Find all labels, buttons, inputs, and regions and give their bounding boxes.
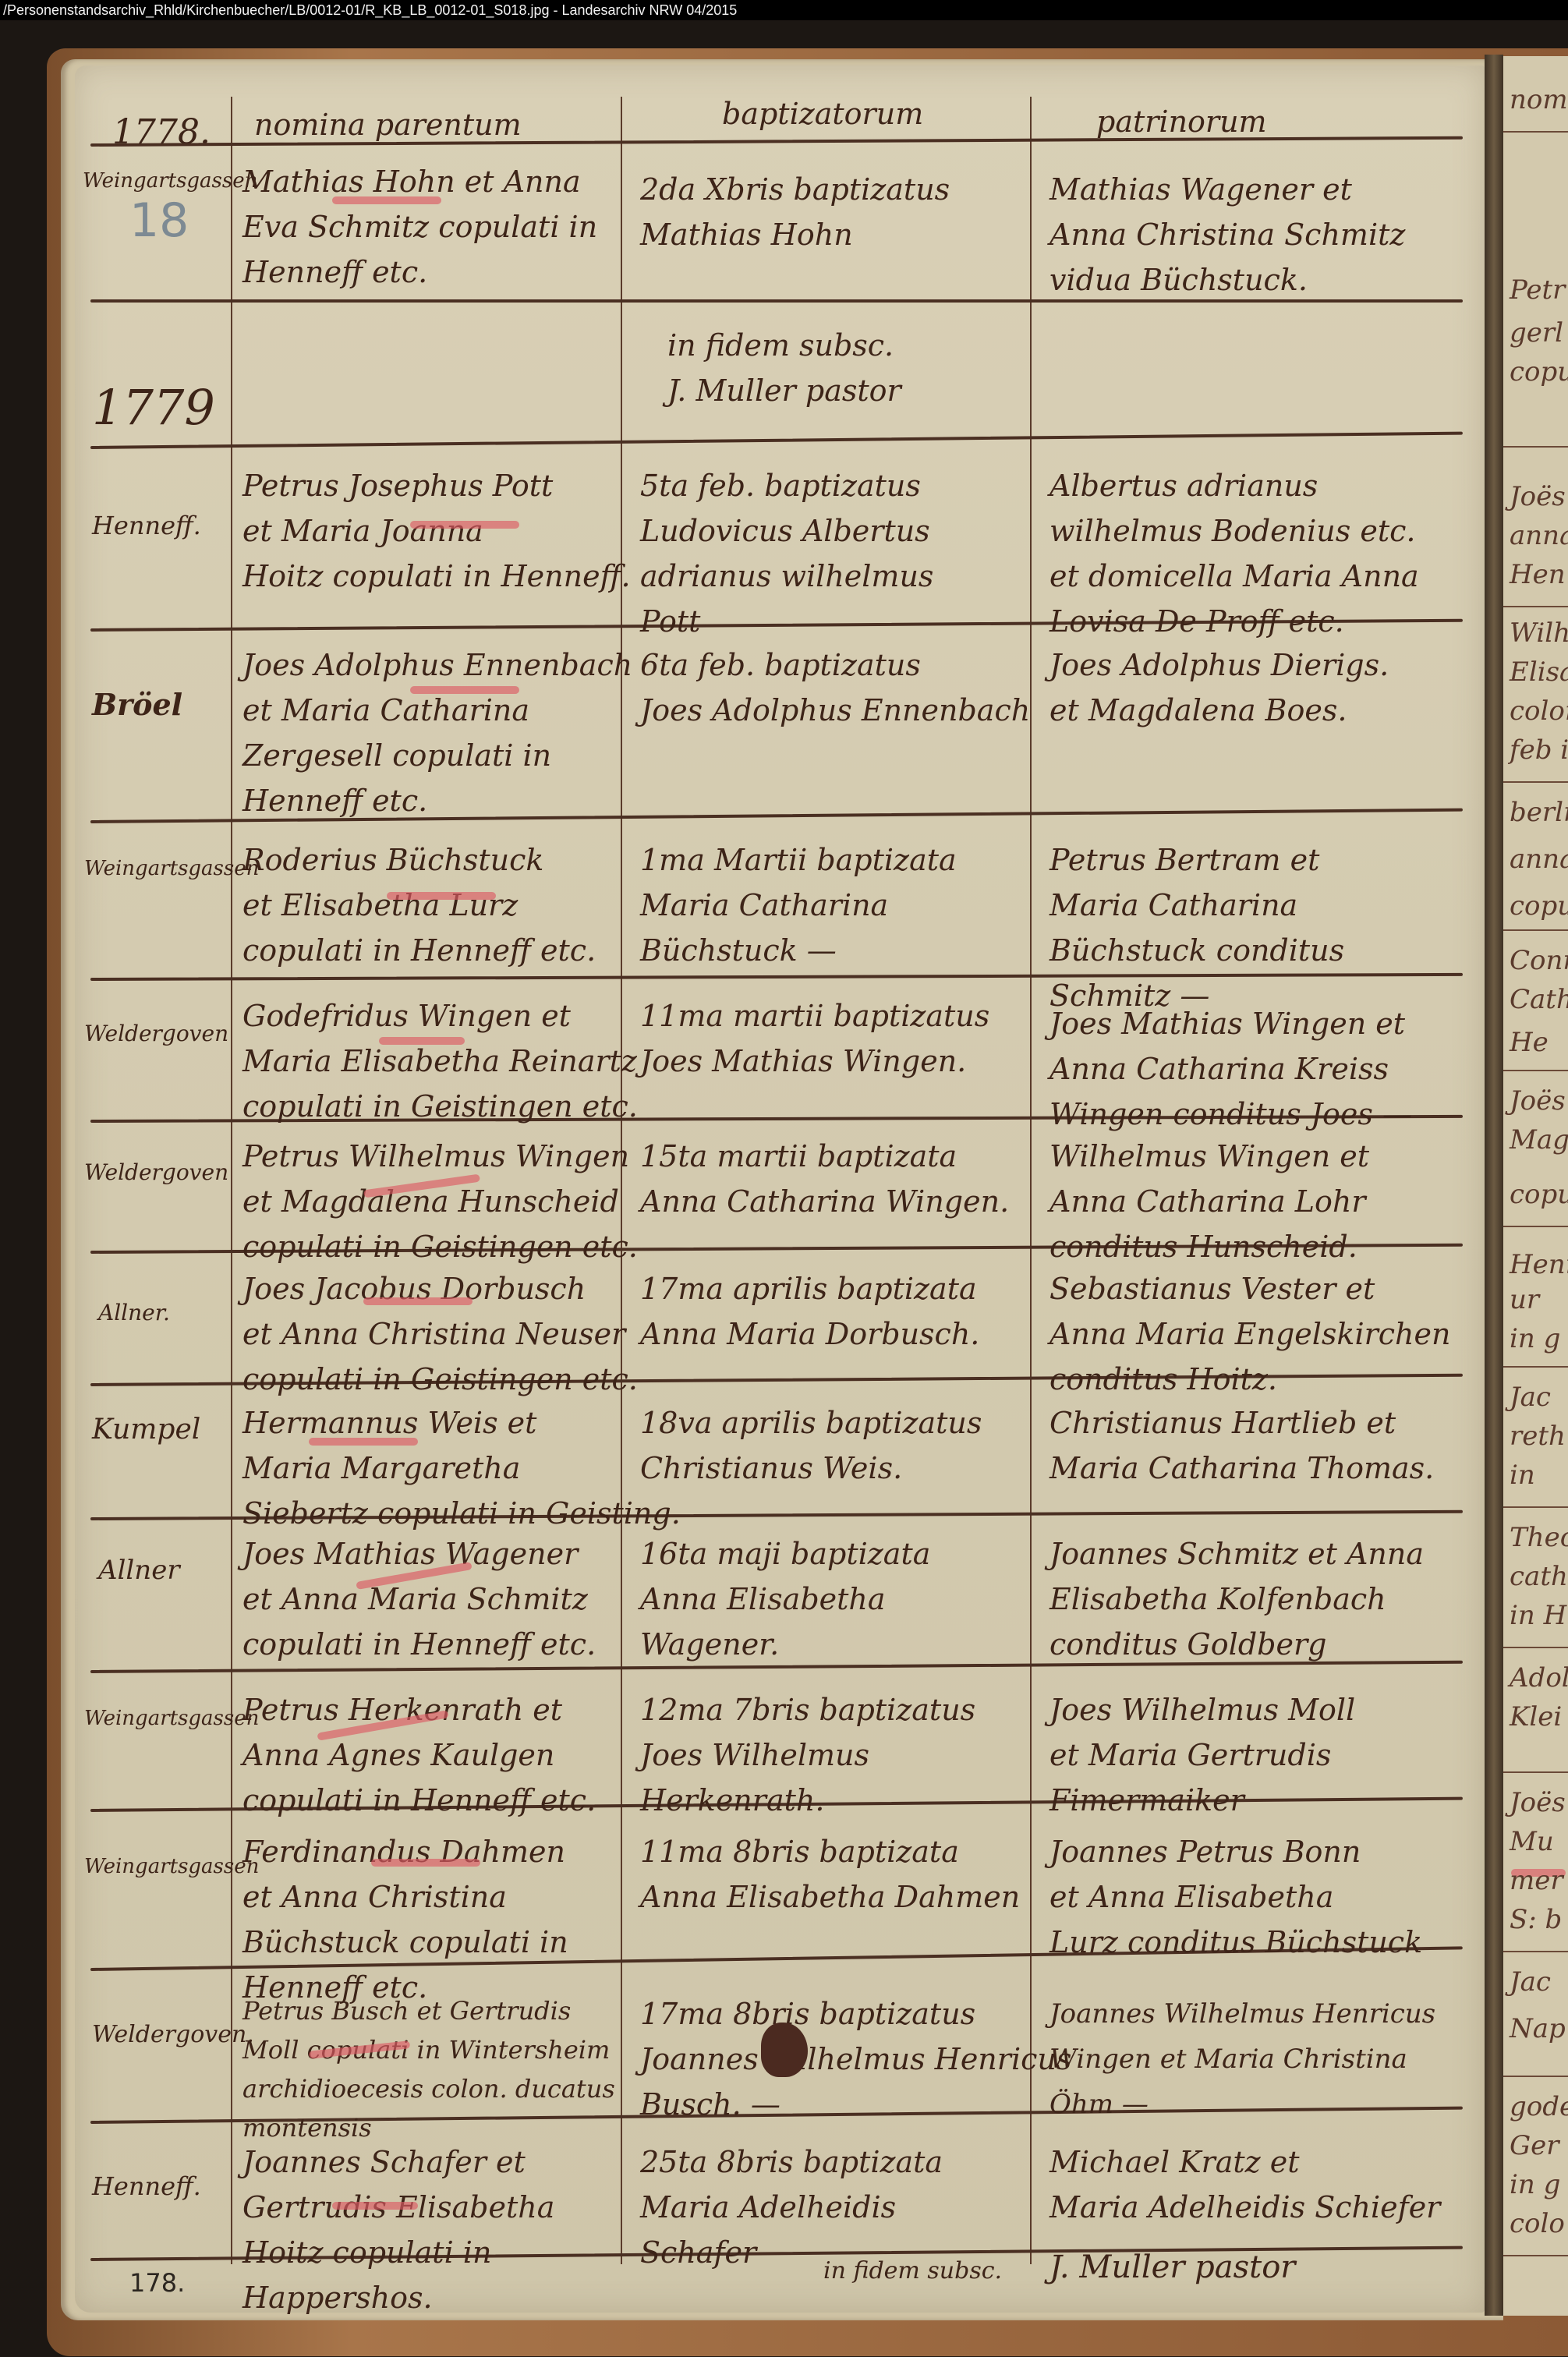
adjacent-text: Magd: [1510, 1124, 1568, 1155]
adjacent-text: in g: [1510, 2169, 1560, 2200]
entry-place: Weingartsgassen: [84, 1851, 259, 1882]
entry-number: 18: [129, 198, 189, 243]
entry-parents: Joes Jacobus Dorbusch et Anna Christina …: [242, 1266, 638, 1402]
red-underline: [410, 521, 519, 529]
adjacent-text: gerl: [1510, 317, 1563, 349]
entry-godparents: Joes Wilhelmus Moll et Maria Gertrudis F…: [1049, 1687, 1355, 1823]
attestation: in fidem subsc. J. Muller pastor: [667, 323, 901, 413]
entry-parents: Petrus Wilhelmus Wingen et Magdalena Hun…: [242, 1134, 638, 1269]
entry-place: Allner.: [98, 1297, 170, 1329]
adjacent-text: anna: [1510, 844, 1568, 875]
adjacent-rule: [1503, 131, 1568, 133]
entry-godparents: Michael Kratz et Maria Adelheidis Schief…: [1049, 2139, 1440, 2230]
entry-baptized: 12ma 7bris baptizatus Joes Wilhelmus Her…: [640, 1687, 975, 1823]
pastor-signature: J. Muller pastor: [1049, 2245, 1295, 2290]
entry-parents: Joes Mathias Wagener et Anna Maria Schmi…: [242, 1531, 596, 1667]
red-underline: [410, 686, 519, 694]
entry-parents: Mathias Hohn et Anna Eva Schmitz copulat…: [242, 159, 597, 295]
entry-godparents: Joes Adolphus Dierigs. et Magdalena Boes…: [1049, 642, 1389, 733]
adjacent-text: Mu: [1510, 1826, 1554, 1857]
entry-place: Kumpel: [92, 1414, 200, 1446]
red-underline: [309, 1438, 418, 1446]
adjacent-text: Theod: [1510, 1522, 1568, 1553]
adjacent-text: ur: [1510, 1284, 1539, 1315]
entry-place: Weldergoven: [84, 1018, 228, 1049]
adjacent-text: in H: [1510, 1600, 1566, 1631]
red-underline: [379, 1037, 465, 1045]
red-underline: [332, 2202, 418, 2210]
adjacent-rule: [1503, 1951, 1568, 1952]
red-underline: [371, 1859, 480, 1867]
entry-place: Weingartsgassen: [84, 1703, 259, 1734]
adjacent-text: gode: [1510, 2091, 1568, 2122]
register-page: 1778. nomina parentum baptizatorum patri…: [75, 65, 1485, 2313]
adjacent-text: Nap: [1510, 2013, 1566, 2044]
entry-godparents: Joes Mathias Wingen et Anna Catharina Kr…: [1049, 1001, 1412, 1137]
column-divider: [231, 97, 232, 2264]
adjacent-text: copu: [1510, 356, 1568, 388]
adjacent-text: in g: [1510, 1323, 1560, 1354]
header-baptized: baptizatorum: [722, 97, 923, 131]
adjacent-text: anna: [1510, 520, 1568, 551]
entry-place: Henneff.: [92, 510, 201, 541]
entry-parents: Hermannus Weis et Maria Margaretha Siebe…: [242, 1400, 681, 1536]
column-divider: [1030, 97, 1032, 2264]
adjacent-text: Joës: [1510, 481, 1566, 512]
entry-place: Bröel: [92, 689, 182, 720]
entry-parents: Joes Adolphus Ennenbach et Maria Cathari…: [242, 642, 632, 823]
entry-parents: Ferdinandus Dahmen et Anna Christina Büc…: [242, 1829, 568, 2010]
adjacent-rule: [1503, 446, 1568, 448]
adjacent-text: reth: [1510, 1421, 1566, 1452]
entry-godparents: Christianus Hartlieb et Maria Catharina …: [1049, 1400, 1434, 1491]
adjacent-page-fragment: nom Petr gerl copu Joës anna Hen Wilh El…: [1503, 56, 1568, 2316]
entry-place: Weldergoven: [84, 1157, 228, 1188]
entry-godparents: Petrus Bertram et Maria Catharina Büchst…: [1049, 837, 1344, 1018]
adjacent-text: copu: [1510, 890, 1568, 922]
adjacent-text: Elisa: [1510, 656, 1568, 688]
entry-parents: Petrus Busch et Gertrudis Moll copulati …: [242, 1991, 615, 2147]
red-underline: [332, 196, 441, 204]
entry-godparents: Mathias Wagener et Anna Christina Schmit…: [1049, 167, 1405, 303]
entry-baptized: 17ma aprilis baptizata Anna Maria Dorbus…: [640, 1266, 979, 1357]
entry-godparents: Joannes Petrus Bonn et Anna Elisabetha L…: [1049, 1829, 1422, 1965]
adjacent-text: feb in: [1510, 734, 1568, 766]
entry-place: Allner: [98, 1555, 180, 1586]
adjacent-rule: [1503, 1647, 1568, 1648]
adjacent-text: Petr: [1510, 274, 1565, 306]
entry-baptized: 11ma 8bris baptizata Anna Elisabetha Dah…: [640, 1829, 1020, 1920]
entry-place: Weingartsgassen: [83, 165, 257, 196]
header-parents: nomina parentum: [254, 108, 522, 142]
entry-baptized: 16ta maji baptizata Anna Elisabetha Wage…: [640, 1531, 930, 1667]
entry-baptized: 1ma Martii baptizata Maria Catharina Büc…: [640, 837, 957, 973]
adjacent-rule: [1503, 1366, 1568, 1368]
entry-godparents: Sebastianus Vester et Anna Maria Engelsk…: [1049, 1266, 1450, 1402]
adjacent-text: Henr: [1510, 1249, 1568, 1280]
adjacent-rule: [1503, 1070, 1568, 1071]
entry-place: Henneff.: [92, 2171, 201, 2202]
adjacent-text: Adol: [1510, 1662, 1568, 1693]
adjacent-rule: [1503, 1226, 1568, 1227]
entry-godparents: Albertus adrianus wilhelmus Bodenius etc…: [1049, 463, 1419, 644]
adjacent-text: He: [1510, 1027, 1549, 1058]
adjacent-rule: [1503, 2255, 1568, 2256]
adjacent-text: Ger: [1510, 2130, 1559, 2161]
entry-baptized: 18va aprilis baptizatus Christianus Weis…: [640, 1400, 982, 1491]
adjacent-header: nom: [1510, 84, 1568, 115]
adjacent-text: S: b: [1510, 1904, 1562, 1935]
entry-baptized: 15ta martii baptizata Anna Catharina Win…: [640, 1134, 1009, 1224]
entry-parents: Petrus Herkenrath et Anna Agnes Kaulgen …: [242, 1687, 596, 1823]
adjacent-rule: [1503, 1771, 1568, 1773]
entry-godparents: Wilhelmus Wingen et Anna Catharina Lohr …: [1049, 1134, 1369, 1269]
row-rule: [90, 432, 1463, 449]
adjacent-text: Wilh: [1510, 618, 1568, 649]
entry-parents: Godefridus Wingen et Maria Elisabetha Re…: [242, 993, 638, 1129]
entry-parents: Petrus Josephus Pott et Maria Joanna Hoi…: [242, 463, 631, 599]
header-godparents: patrinorum: [1096, 104, 1267, 139]
adjacent-rule: [1503, 1506, 1568, 1508]
entry-baptized: 17ma 8bris baptizatus Joannes Wilhelmus …: [640, 1991, 1071, 2127]
adjacent-text: Jac: [1510, 1382, 1551, 1413]
entry-baptized: 5ta feb. baptizatus Ludovicus Albertus a…: [640, 463, 933, 644]
entry-parents: Joannes Schafer et Gertrudis Elisabetha …: [242, 2139, 554, 2320]
book-gutter: [1485, 55, 1503, 2316]
entry-baptized: 2da Xbris baptizatus Mathias Hohn: [640, 167, 950, 257]
footer-page-number: 178.: [129, 2260, 185, 2306]
adjacent-text: Jac: [1510, 1966, 1551, 1998]
viewer-caption: /Personenstandsarchiv_Rhld/Kirchenbueche…: [0, 0, 1568, 20]
adjacent-text: copu: [1510, 1179, 1568, 1210]
entry-godparents: Joannes Wilhelmus Henricus Wingen et Mar…: [1049, 1991, 1435, 2127]
adjacent-text: in: [1510, 1460, 1535, 1491]
adjacent-text: colo: [1510, 2208, 1565, 2239]
adjacent-text: Klei: [1510, 1701, 1562, 1732]
adjacent-text: mer: [1510, 1865, 1563, 1896]
adjacent-text: colon: [1510, 695, 1568, 727]
adjacent-rule: [1503, 781, 1568, 783]
adjacent-rule: [1503, 606, 1568, 607]
adjacent-text: cath: [1510, 1561, 1568, 1592]
entry-baptized: 11ma martii baptizatus Joes Mathias Wing…: [640, 993, 989, 1084]
entry-godparents: Joannes Schmitz et Anna Elisabetha Kolfe…: [1049, 1531, 1424, 1667]
red-underline: [363, 1297, 473, 1305]
entry-baptized: 6ta feb. baptizatus Joes Adolphus Ennenb…: [640, 642, 1030, 733]
adjacent-text: Joës: [1510, 1085, 1566, 1117]
adjacent-text: Catha: [1510, 984, 1568, 1015]
adjacent-rule: [1503, 2076, 1568, 2077]
entry-place: Weingartsgassen: [84, 853, 259, 884]
adjacent-text: Joës: [1510, 1787, 1566, 1818]
adjacent-text: Conra: [1510, 945, 1568, 976]
entry-parents: Roderius Büchstuck et Elisabetha Lurz co…: [242, 837, 596, 973]
red-underline: [387, 892, 496, 900]
year-mark: 1779: [92, 385, 215, 430]
adjacent-text: Hen: [1510, 559, 1566, 590]
closing-attestation: in fidem subsc.: [823, 2249, 1002, 2294]
adjacent-text: berlr: [1510, 797, 1568, 828]
entry-place: Weldergoven.: [92, 2019, 254, 2051]
adjacent-rule: [1503, 929, 1568, 931]
ink-blot: [761, 2023, 808, 2077]
